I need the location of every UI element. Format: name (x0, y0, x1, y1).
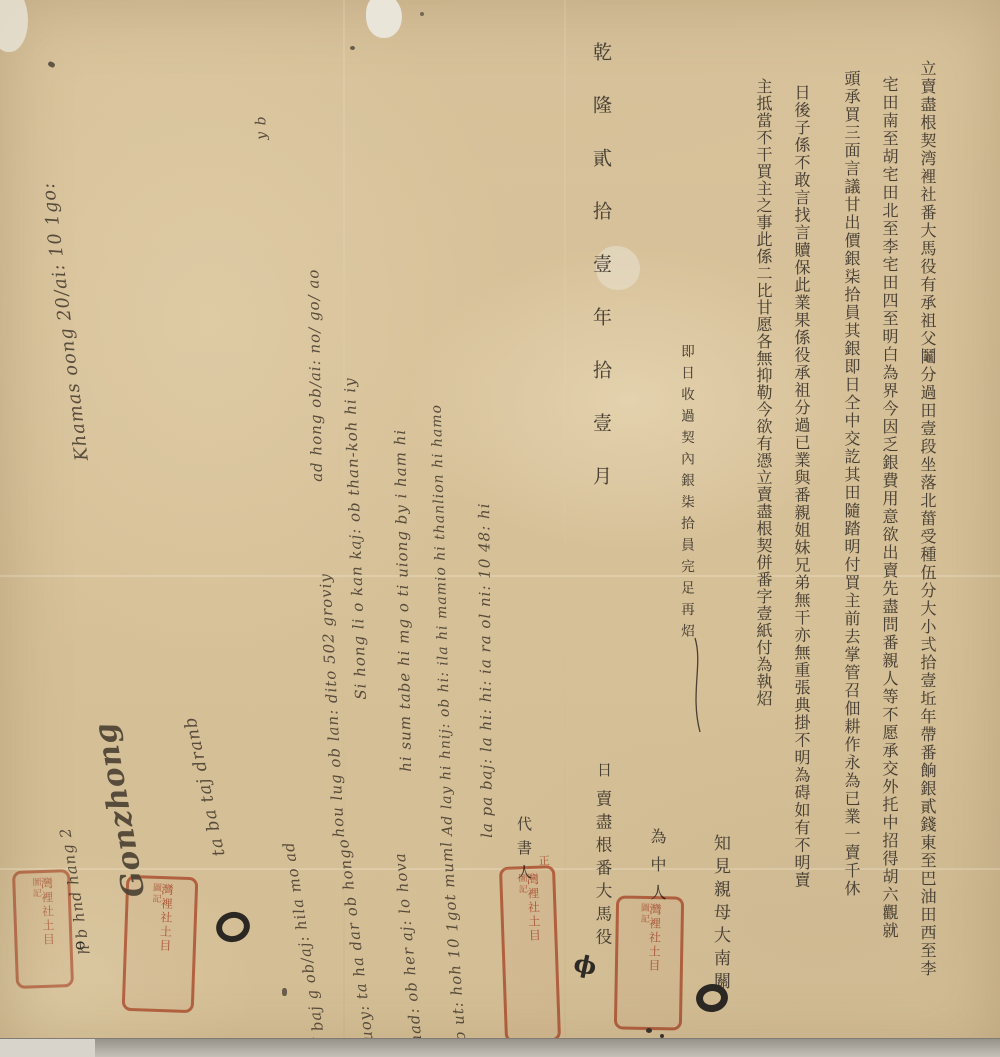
seal-main-text: 灣裡社土目 (647, 903, 661, 1023)
cursive-line: no ut: hoh 10 1got muml (437, 840, 470, 1052)
deed-text-column-1: 立賣盡根契湾裡社番大馬役有承祖父鬮分過田壹段坐落北葘受種伍分大小弍拾壹坵年帶番餉… (916, 60, 939, 978)
fold-crease (564, 0, 566, 1039)
cursive-line: V baj g ob/aj: hila mo ad (279, 840, 330, 1050)
deed-text-column-4: 日後子係不敢言找言贖保此業果係役承祖分過已業與番親姐妹兄弟無干亦無重張典掛不明為… (790, 84, 813, 889)
cursive-line: hi sum tabe hi mg o ti uiong by i ham hi (391, 429, 415, 772)
ink-speck (646, 1028, 652, 1033)
cursive-signature: Gonzhong (87, 720, 152, 900)
cursive-line: mad: ob her aj: lo hova (391, 852, 426, 1050)
red-seal-scribe: 正 圖記 灣裡社土目 (499, 865, 561, 1043)
document-scan: 立賣盡根契湾裡社番大馬役有承祖父鬮分過田壹段坐落北葘受種伍分大小弍拾壹坵年帶番餉… (0, 0, 1000, 1057)
day-character: 日 (594, 762, 615, 777)
cursive-line: ta ba taj dranb (180, 715, 229, 858)
ink-ring-mark (213, 908, 253, 945)
red-seal-middleman: 圖記 灣裡社土目 (614, 895, 684, 1030)
date-column: 乾隆貳拾壹年拾壹月 (588, 42, 615, 519)
seller-signature-column: 賣盡根番大馬役 (590, 790, 614, 951)
scan-edge-strip-light (0, 1039, 95, 1057)
cursive-line: Khamas oong 20/ai: 10 1go: (38, 181, 93, 462)
seller-hand-mark: ϕ (571, 948, 599, 981)
deed-text-column-2: 宅田南至胡宅田北至李宅田四至明白為界今因乏銀費用意欲出賣先盡問番親人等不愿承交外… (878, 76, 901, 940)
paper-damage-patch (366, 0, 402, 38)
cursive-line: y b (253, 115, 270, 140)
cursive-line: Ad lay hi hnij: ob hi: ila hi mamio hi t… (429, 404, 456, 836)
deed-text-column-5: 主抵當不干買主之事此係二比甘愿各無抑勒今欲有憑立賣盡根契併番字壹紙付為執炤 (752, 78, 775, 707)
cursive-line: Si hong li o kan kaj: ob than-koh hi iy (341, 377, 370, 700)
ink-speck (350, 46, 355, 50)
deed-text-column-3: 頭承買三面言議甘出價銀柒拾員其銀即日仝中交訖其田隨踏明付買主前去掌管召佃耕作永為… (840, 70, 863, 898)
scan-edge-strip (0, 1038, 1000, 1057)
ink-speck (282, 988, 287, 996)
seal-main-text: 灣裡社土目 (40, 877, 56, 981)
witness-column: 知見親母大南關 (708, 834, 733, 995)
ink-speck (420, 12, 424, 16)
cursive-line: ad hong ob/ai: no/ go/ ao (304, 268, 326, 482)
paper-damage-patch (0, 0, 28, 52)
ink-speck (47, 61, 56, 69)
receipt-flourish-stroke (688, 636, 712, 736)
receipt-note-column: 即日收過契內銀柒拾員完足再炤 (676, 344, 696, 645)
seal-top-text: 正 (538, 852, 550, 868)
cursive-line: la pa baj: la hi: hi: ia ra ol ni: 10 48… (475, 502, 496, 838)
